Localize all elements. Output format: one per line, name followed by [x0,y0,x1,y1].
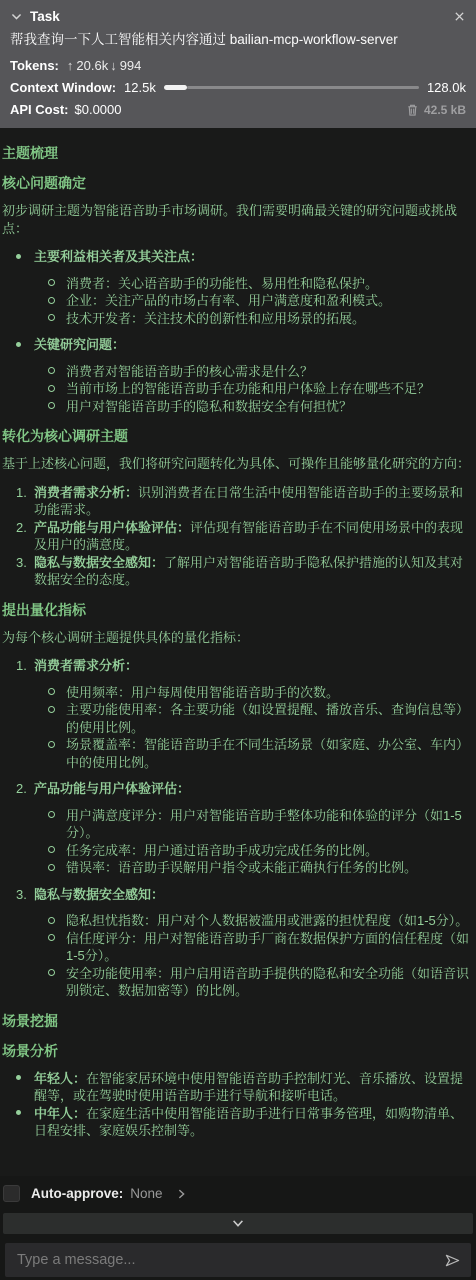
api-cost-label: API Cost: [10,102,69,117]
api-cost-value: $0.0000 [75,102,122,117]
arrow-up-icon: ↑ [67,58,74,73]
auto-approve-label: Auto-approve: [31,1186,123,1201]
list-item: 1.消费者需求分析：识别消费者在日常生活中使用智能语音助手的主要场景和功能需求。 [16,484,472,519]
list-block: 主要利益相关者及其关注点：消费者：关心语音助手的功能性、易用性和隐私保护。企业：… [2,248,472,415]
hollow-bullet-icon [48,934,55,941]
list-item: 中年人：在家庭生活中使用智能语音助手进行日常事务管理，如购物清单、日程安排、家庭… [16,1105,472,1140]
close-icon[interactable] [453,10,466,23]
sub-list-item: 用户对智能语音助手的隐私和数据安全有何担忧？ [48,398,472,416]
auto-approve-checkbox[interactable] [3,1185,20,1202]
list-item: 主要利益相关者及其关注点： [16,248,472,266]
tokens-down-value: 994 [120,58,142,73]
auto-approve-value: None [130,1186,162,1201]
task-response: 主题梳理核心问题确定初步调研主题为智能语音助手市场调研。我们需要明确最关键的研究… [0,128,476,1176]
hollow-bullet-icon [48,969,55,976]
paragraph: 基于上述核心问题，我们将研究问题转化为具体、可操作且能够量化研究的方向： [2,455,472,473]
message-input-container [5,1243,471,1277]
sub-list-item: 场景覆盖率：智能语音助手在不同生活场景（如家庭、办公室、车内）中的使用比例。 [48,736,472,771]
paragraph: 初步调研主题为智能语音助手市场调研。我们需要明确最关键的研究问题或挑战点： [2,202,472,237]
sub-list-item: 技术开发者：关注技术的创新性和应用场景的拓展。 [48,310,472,328]
task-panel: Task 帮我查询一下人工智能相关内容通过 bailian-mcp-workfl… [0,0,476,1280]
hollow-bullet-icon [48,917,55,924]
list-item: 年轻人：在智能家居环境中使用智能语音助手控制灯光、音乐播放、设置提醒等，或在驾驶… [16,1070,472,1105]
context-used-value: 12.5k [124,80,156,95]
tokens-label: Tokens: [10,58,59,73]
list-item: 1.消费者需求分析： [16,657,472,675]
hollow-bullet-icon [48,864,55,871]
cache-size-value: 42.5 kB [424,103,466,117]
send-icon[interactable] [444,1253,461,1268]
panel-title: Task [30,9,60,24]
hollow-bullet-icon [48,846,55,853]
context-window-label: Context Window: [10,80,116,95]
sub-list-item: 企业：关注产品的市场占有率、用户满意度和盈利模式。 [48,292,472,310]
cache-size-group: 42.5 kB [406,103,466,117]
context-progress-track [187,86,419,89]
sub-list-item: 消费者：关心语音助手的功能性、易用性和隐私保护。 [48,275,472,293]
list-item: 3.隐私与数据安全感知：了解用户对智能语音助手隐私保护措施的认知及其对数据安全的… [16,554,472,589]
list-item: 2.产品功能与用户体验评估： [16,780,472,798]
hollow-bullet-icon [48,741,55,748]
bullet-icon [16,342,21,347]
list-item: 3.隐私与数据安全感知： [16,886,472,904]
bullet-icon [16,1075,21,1080]
sub-list-item: 消费者对智能语音助手的核心需求是什么？ [48,363,472,381]
tokens-row: Tokens: ↑ 20.6k ↓ 994 [10,58,466,73]
api-cost-row: API Cost: $0.0000 42.5 kB [10,102,466,117]
sub-list-item: 安全功能使用率：用户启用语音助手提供的隐私和安全功能（如语音识别锁定、数据加密等… [48,965,472,1000]
hollow-bullet-icon [48,367,55,374]
hollow-bullet-icon [48,706,55,713]
list-item: 2.产品功能与用户体验评估：评估现有智能语音助手在不同使用场景中的表现及用户的满… [16,519,472,554]
hollow-bullet-icon [48,688,55,695]
footer: Auto-approve: None [0,1176,476,1280]
sub-list-item: 任务完成率：用户通过语音助手成功完成任务的比例。 [48,842,472,860]
hollow-bullet-icon [48,402,55,409]
section-heading: 提出量化指标 [2,601,472,619]
context-window-row: Context Window: 12.5k 128.0k [10,80,466,95]
chevron-right-icon[interactable] [176,1188,187,1200]
task-text: 帮我查询一下人工智能相关内容通过 bailian-mcp-workflow-se… [10,31,466,49]
tokens-up-value: 20.6k [76,58,108,73]
hollow-bullet-icon [48,811,55,818]
section-heading: 场景分析 [2,1042,472,1060]
sub-list-item: 错误率：语音助手误解用户指令或未能正确执行任务的比例。 [48,859,472,877]
auto-approve-row[interactable]: Auto-approve: None [0,1176,476,1211]
list-block: 1.消费者需求分析：识别消费者在日常生活中使用智能语音助手的主要场景和功能需求。… [2,484,472,589]
hollow-bullet-icon [48,297,55,304]
message-input[interactable] [15,1251,436,1269]
collapse-chevron-icon[interactable] [10,10,23,23]
arrow-down-icon: ↓ [110,58,117,73]
scroll-to-bottom-button[interactable] [3,1213,473,1234]
list-item: 关键研究问题： [16,336,472,354]
hollow-bullet-icon [48,385,55,392]
bullet-icon [16,1110,21,1115]
context-total-value: 128.0k [427,80,466,95]
sub-list-item: 当前市场上的智能语音助手在功能和用户体验上存在哪些不足？ [48,380,472,398]
section-heading: 主题梳理 [2,144,472,162]
task-header: Task 帮我查询一下人工智能相关内容通过 bailian-mcp-workfl… [0,0,476,128]
section-heading: 转化为核心调研主题 [2,427,472,445]
context-progress-fill [164,85,187,90]
trash-icon[interactable] [406,103,419,117]
hollow-bullet-icon [48,314,55,321]
paragraph: 为每个核心调研主题提供具体的量化指标： [2,629,472,647]
sub-list-item: 主要功能使用率：各主要功能（如设置提醒、播放音乐、查询信息等）的使用比例。 [48,701,472,736]
context-progress-bar [164,85,419,91]
hollow-bullet-icon [48,279,55,286]
sub-list-item: 用户满意度评分：用户对智能语音助手整体功能和体验的评分（如1-5分）。 [48,807,472,842]
bullet-icon [16,254,21,259]
sub-list-item: 信任度评分：用户对智能语音助手厂商在数据保护方面的信任程度（如1-5分）。 [48,930,472,965]
section-heading: 场景挖掘 [2,1012,472,1030]
section-heading: 核心问题确定 [2,174,472,192]
sub-list-item: 使用频率：用户每周使用智能语音助手的次数。 [48,684,472,702]
sub-list-item: 隐私担忧指数：用户对个人数据被滥用或泄露的担忧程度（如1-5分）。 [48,912,472,930]
list-block: 年轻人：在智能家居环境中使用智能语音助手控制灯光、音乐播放、设置提醒等，或在驾驶… [2,1070,472,1140]
list-block: 1.消费者需求分析：使用频率：用户每周使用智能语音助手的次数。主要功能使用率：各… [2,657,472,1000]
